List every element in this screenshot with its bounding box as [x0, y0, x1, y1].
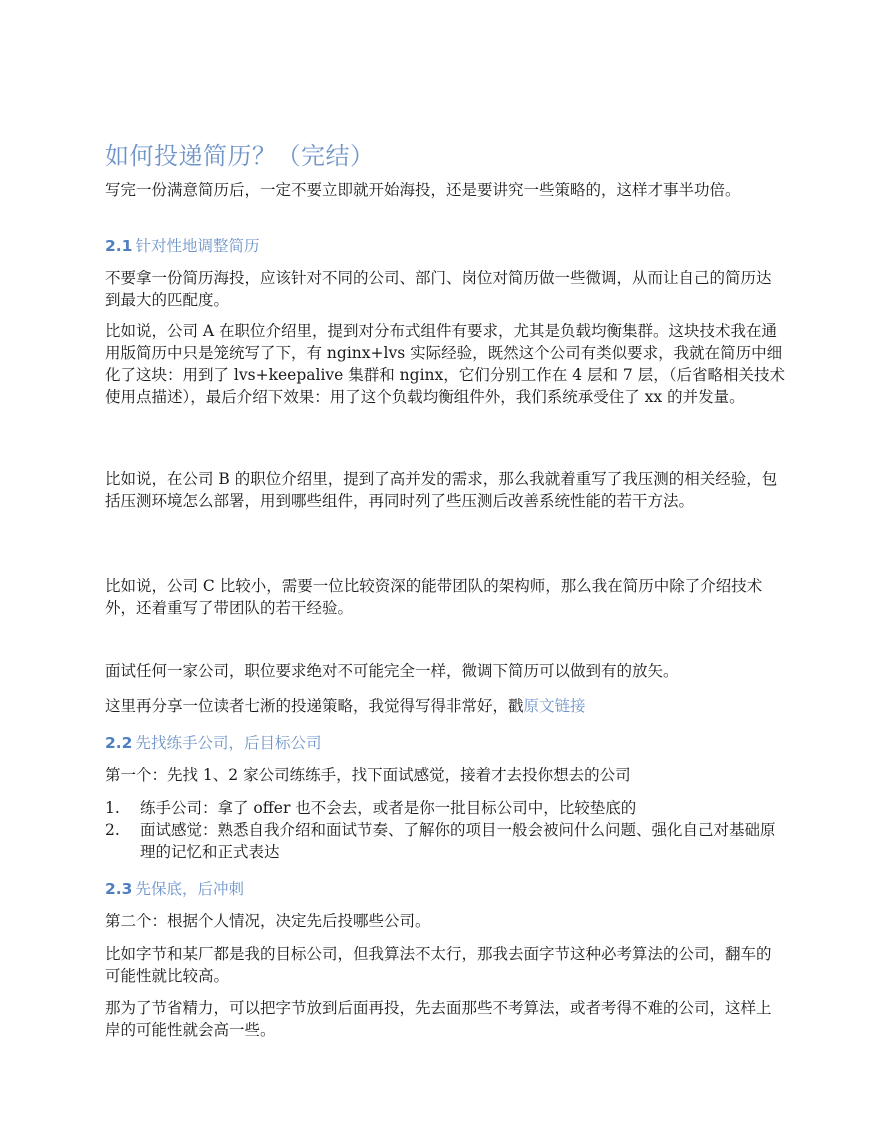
paragraph: 比如说，在公司 B 的职位介绍里，提到了高并发的需求，那么我就着重写了我压测的相… [105, 468, 785, 512]
page-title: 如何投递简历？（完结） [105, 136, 375, 171]
paragraph: 比如说，公司 A 在职位介绍里，提到对分布式组件有要求，尤其是负载均衡集群。这块… [105, 320, 785, 408]
share-text: 这里再分享一位读者七淅的投递策略，我觉得写得非常好，戳 [105, 697, 524, 715]
intro-paragraph: 写完一份满意简历后，一定不要立即就开始海投，还是要讲究一些策略的，这样才事半功倍… [105, 179, 785, 201]
list-item: 1. 练手公司：拿了 offer 也不会去，或者是你一批目标公司中，比较垫底的 [105, 797, 785, 819]
section-title: 先保底，后冲刺 [135, 880, 244, 898]
section-number: 2.1 [105, 237, 132, 255]
list-marker: 2. [105, 819, 120, 841]
section-number: 2.3 [105, 880, 132, 898]
list-item-text: 面试感觉：熟悉自我介绍和面试节奏、了解你的项目一般会被问什么问题、强化自己对基础… [140, 821, 776, 861]
list-item: 2. 面试感觉：熟悉自我介绍和面试节奏、了解你的项目一般会被问什么问题、强化自己… [105, 819, 785, 863]
list-marker: 1. [105, 797, 120, 819]
paragraph: 第二个：根据个人情况，决定先后投哪些公司。 [105, 910, 785, 932]
paragraph: 那为了节省精力，可以把字节放到后面再投，先去面那些不考算法，或者考得不难的公司，… [105, 997, 785, 1041]
section-title: 针对性地调整简历 [135, 237, 259, 255]
paragraph: 比如字节和某厂都是我的目标公司，但我算法不太行，那我去面字节这种必考算法的公司，… [105, 943, 785, 987]
paragraph: 比如说，公司 C 比较小，需要一位比较资深的能带团队的架构师，那么我在简历中除了… [105, 575, 785, 619]
section-heading-2-2: 2.2先找练手公司，后目标公司 [105, 731, 321, 753]
paragraph: 第一个：先找 1、2 家公司练练手，找下面试感觉，接着才去投你想去的公司 [105, 764, 785, 786]
original-article-link[interactable]: 原文链接 [524, 697, 586, 715]
section-number: 2.2 [105, 734, 132, 752]
section-heading-2-3: 2.3先保底，后冲刺 [105, 877, 244, 899]
section-heading-2-1: 2.1针对性地调整简历 [105, 234, 259, 256]
paragraph: 不要拿一份简历海投，应该针对不同的公司、部门、岗位对简历做一些微调，从而让自己的… [105, 267, 785, 311]
paragraph: 面试任何一家公司，职位要求绝对不可能完全一样，微调下简历可以做到有的放矢。 [105, 660, 785, 682]
numbered-list: 1. 练手公司：拿了 offer 也不会去，或者是你一批目标公司中，比较垫底的 … [105, 797, 785, 863]
section-title: 先找练手公司，后目标公司 [135, 734, 321, 752]
share-paragraph: 这里再分享一位读者七淅的投递策略，我觉得写得非常好，戳原文链接 [105, 695, 785, 717]
list-item-text: 练手公司：拿了 offer 也不会去，或者是你一批目标公司中，比较垫底的 [140, 799, 636, 817]
